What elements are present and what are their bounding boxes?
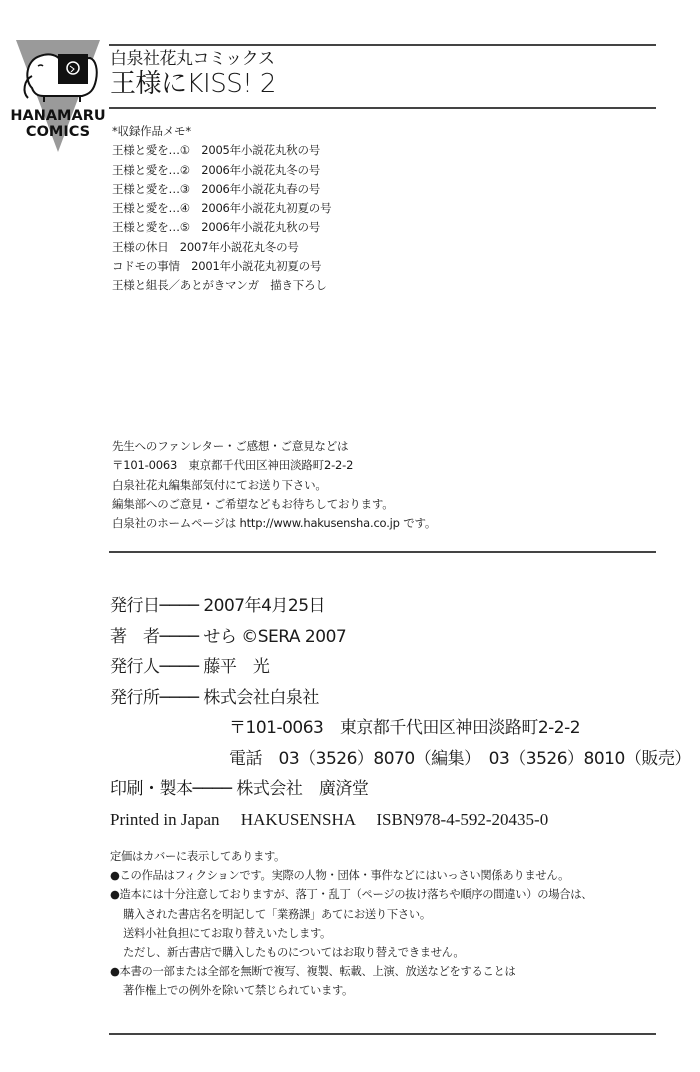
- author: 著 者──── せら ©SERA 2007: [110, 622, 691, 653]
- notice-line: ●造本には十分注意しておりますが、落丁・乱丁（ページの抜け落ちや順序の間違い）の…: [110, 885, 592, 904]
- printer: 印刷・製本──── 株式会社 廣済堂: [110, 774, 691, 805]
- hanamaru-comics-logo: HANAMARU COMICS: [10, 36, 106, 154]
- legal-notice: 定価はカバーに表示してあります。 ●この作品はフィクションです。実際の人物・団体…: [110, 847, 592, 1001]
- elephant-icon: HANAMARU COMICS: [10, 36, 106, 154]
- publish-date: 発行日──── 2007年4月25日: [110, 591, 691, 622]
- memo-item: 王様と愛を…③ 2006年小説花丸春の号: [112, 180, 331, 199]
- memo-item: 王様と組長／あとがきマンガ 描き下ろし: [112, 276, 331, 295]
- memo-item: 王様と愛を…⑤ 2006年小説花丸秋の号: [112, 218, 331, 237]
- divider-title-bottom: [109, 107, 656, 109]
- homepage-line: 白泉社のホームページは http://www.hakusensha.co.jp …: [112, 514, 436, 533]
- notice-line: ●本書の一部または全部を無断で複写、複製、転載、上演、放送などをすることは: [110, 962, 592, 981]
- publisher-phone: 電話 03（3526）8070（編集） 03（3526）8010（販売）: [110, 744, 691, 775]
- memo-item: 王様と愛を…① 2005年小説花丸秋の号: [112, 141, 331, 160]
- divider-bottom: [109, 1033, 656, 1035]
- notice-line: 著作権上での例外を除いて禁じられています。: [110, 981, 592, 1000]
- svg-text:COMICS: COMICS: [26, 124, 90, 140]
- contents-memo: *収録作品メモ* 王様と愛を…① 2005年小説花丸秋の号 王様と愛を…② 20…: [112, 122, 331, 296]
- isbn-line: Printed in Japan HAKUSENSHA ISBN978-4-59…: [110, 805, 691, 836]
- memo-item: 王様と愛を…④ 2006年小説花丸初夏の号: [112, 199, 331, 218]
- letter-line: 先生へのファンレター・ご感想・ご意見などは: [112, 437, 436, 456]
- publisher-person: 発行人──── 藤平 光: [110, 652, 691, 683]
- fan-letter-info: 先生へのファンレター・ご感想・ご意見などは 〒101-0063 東京都千代田区神…: [112, 437, 436, 533]
- letter-address: 〒101-0063 東京都千代田区神田淡路町2-2-2: [112, 456, 436, 475]
- memo-item: 王様と愛を…② 2006年小説花丸冬の号: [112, 161, 331, 180]
- colophon: 発行日──── 2007年4月25日 著 者──── せら ©SERA 2007…: [110, 591, 691, 835]
- memo-item: 王様の休日 2007年小説花丸冬の号: [112, 238, 331, 257]
- notice-line: 送料小社負担にてお取り替えいたします。: [110, 924, 592, 943]
- memo-heading: *収録作品メモ*: [112, 122, 331, 141]
- notice-line: 購入された書店名を明記して「業務課」あてにお送り下さい。: [110, 905, 592, 924]
- memo-item: コドモの事情 2001年小説花丸初夏の号: [112, 257, 331, 276]
- divider-middle: [109, 551, 656, 553]
- publisher: 発行所──── 株式会社白泉社: [110, 683, 691, 714]
- book-title: 王様にKISS! 2: [110, 68, 276, 100]
- series-name: 白泉社花丸コミックス: [110, 49, 275, 69]
- publisher-address: 〒101-0063 東京都千代田区神田淡路町2-2-2: [110, 713, 691, 744]
- notice-line: 定価はカバーに表示してあります。: [110, 847, 592, 866]
- divider-top: [109, 44, 656, 46]
- notice-line: ただし、新古書店で購入したものについてはお取り替えできません。: [110, 943, 592, 962]
- notice-line: ●この作品はフィクションです。実際の人物・団体・事件などにはいっさい関係ありませ…: [110, 866, 592, 885]
- letter-line: 編集部へのご意見・ご希望などもお待ちしております。: [112, 495, 436, 514]
- svg-text:HANAMARU: HANAMARU: [10, 108, 105, 124]
- letter-line: 白泉社花丸編集部気付にてお送り下さい。: [112, 476, 436, 495]
